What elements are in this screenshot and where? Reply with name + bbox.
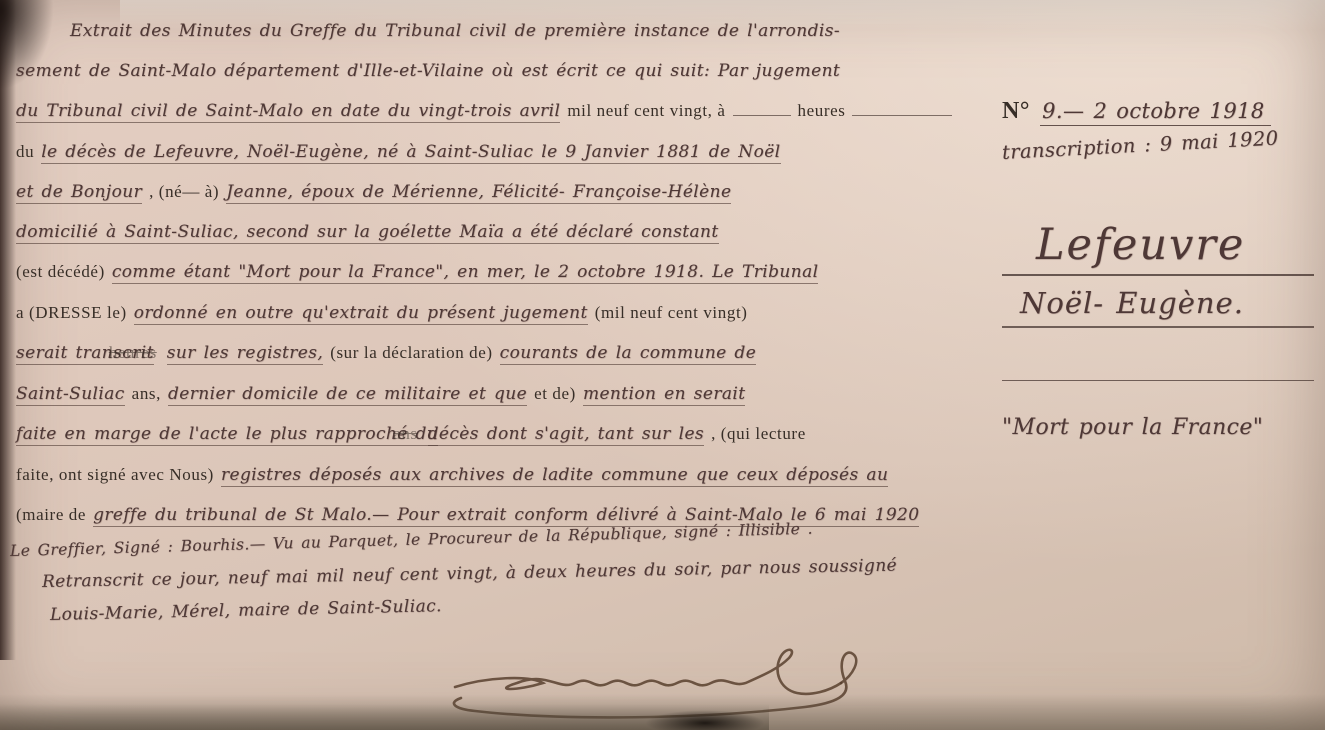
printed-form-text: du	[16, 142, 34, 161]
deceased-surname: Lefeuvre	[1002, 220, 1314, 276]
handwritten-text: Extrait des Minutes du Greffe du Tribuna…	[70, 21, 840, 41]
record-number-label: N°	[1002, 98, 1030, 124]
handwritten-text: Saint-Suliac	[16, 384, 125, 406]
printed-form-text: heures	[798, 101, 846, 120]
document-line: et de Bonjour, (né— à)Jeanne, époux de M…	[16, 178, 1001, 206]
handwritten-text: sur les registres,	[167, 343, 323, 365]
document-line: a (DRESSE le)ordonné en outre qu'extrait…	[16, 299, 1001, 327]
handwritten-text: dernier domicile de ce militaire et que	[168, 384, 527, 406]
photo-dark-blob	[645, 710, 765, 730]
handwritten-text: Louis-Marie, Mérel, maire de Saint-Sulia…	[50, 596, 442, 625]
document-line: dule décès de Lefeuvre, Noël-Eugène, né …	[16, 138, 1001, 166]
handwritten-text: mention en serait	[583, 384, 746, 406]
margin-rule	[1002, 380, 1314, 381]
handwritten-text: registres déposés aux archives de ladite…	[221, 465, 888, 487]
document-photo: Extrait des Minutes du Greffe du Tribuna…	[0, 0, 1325, 730]
handwritten-text: et de Bonjour	[16, 182, 142, 204]
handwritten-text: ordonné en outre qu'extrait du présent j…	[134, 303, 588, 325]
printed-form-text: mil neuf cent vingt, à	[567, 101, 725, 120]
printed-form-text: ans,	[132, 384, 161, 403]
printed-form-text: et de)	[534, 384, 576, 403]
handwritten-text: comme étant "Mort pour la France", en me…	[112, 262, 819, 284]
handwritten-text: domicilié à Saint-Suliac, second sur la …	[16, 222, 719, 244]
printed-form-text: , (qui lecture	[711, 424, 806, 443]
deceased-given-names: Noël- Eugène.	[1002, 286, 1314, 328]
document-line: du Tribunal civil de Saint-Malo en date …	[16, 97, 1001, 125]
printed-form-text: (maire de	[16, 505, 86, 524]
printed-form-text: , (né— à)	[149, 182, 219, 201]
handwritten-text: Jeanne, époux de Mérienne, Félicité- Fra…	[226, 182, 731, 204]
printed-form-text: heures	[109, 343, 157, 362]
blank-rule	[733, 99, 791, 116]
handwritten-text: le décès de Lefeuvre, Noël-Eugène, né à …	[41, 142, 780, 164]
document-line: Extrait des Minutes du Greffe du Tribuna…	[70, 18, 1001, 45]
printed-form-text: faite, ont signé avec Nous)	[16, 465, 214, 484]
handwritten-text: faite en marge de l'acte le plus rapproc…	[16, 424, 438, 446]
document-line: faite, ont signé avec Nous)registres dép…	[16, 461, 1001, 489]
document-line: domicilié à Saint-Suliac, second sur la …	[16, 219, 1001, 246]
printed-form-text: (mil neuf cent vingt)	[595, 303, 748, 322]
signature-stroke	[455, 650, 841, 694]
document-line: Saint-Suliacans,dernier domicile de ce m…	[16, 380, 1001, 408]
printed-form-text: a (DRESSE le)	[16, 303, 127, 322]
printed-form-text: (est décédé)	[16, 262, 105, 281]
printed-form-text: ans	[393, 424, 417, 443]
blank-rule	[852, 99, 952, 116]
document-line: faite en marge de l'acte le plus rapproc…	[16, 420, 1001, 448]
mort-pour-la-france-mention: "Mort pour la France"	[1002, 415, 1314, 440]
document-line: sement de Saint-Malo département d'Ille-…	[16, 58, 1001, 85]
document-line: (est décédé)comme étant "Mort pour la Fr…	[16, 258, 1001, 286]
document-line: serait transcritheuressur les registres,…	[16, 339, 1001, 367]
handwritten-text: courants de la commune de	[500, 343, 757, 365]
record-number-value: 9.— 2 octobre 1918	[1040, 99, 1270, 126]
record-number-row: N°9.— 2 octobre 1918	[1002, 98, 1314, 125]
transcription-date-note: transcription : 9 mai 1920	[1001, 125, 1314, 164]
handwritten-text: sement de Saint-Malo département d'Ille-…	[16, 61, 840, 81]
handwritten-text: du Tribunal civil de Saint-Malo en date …	[16, 101, 560, 123]
handwritten-text: décès dont s'agit, tant sur les	[428, 424, 704, 446]
margin-column: N°9.— 2 octobre 1918 transcription : 9 m…	[1002, 98, 1314, 440]
document-lines: Extrait des Minutes du Greffe du Tribuna…	[16, 18, 1001, 641]
printed-form-text: (sur la déclaration de)	[330, 343, 492, 362]
